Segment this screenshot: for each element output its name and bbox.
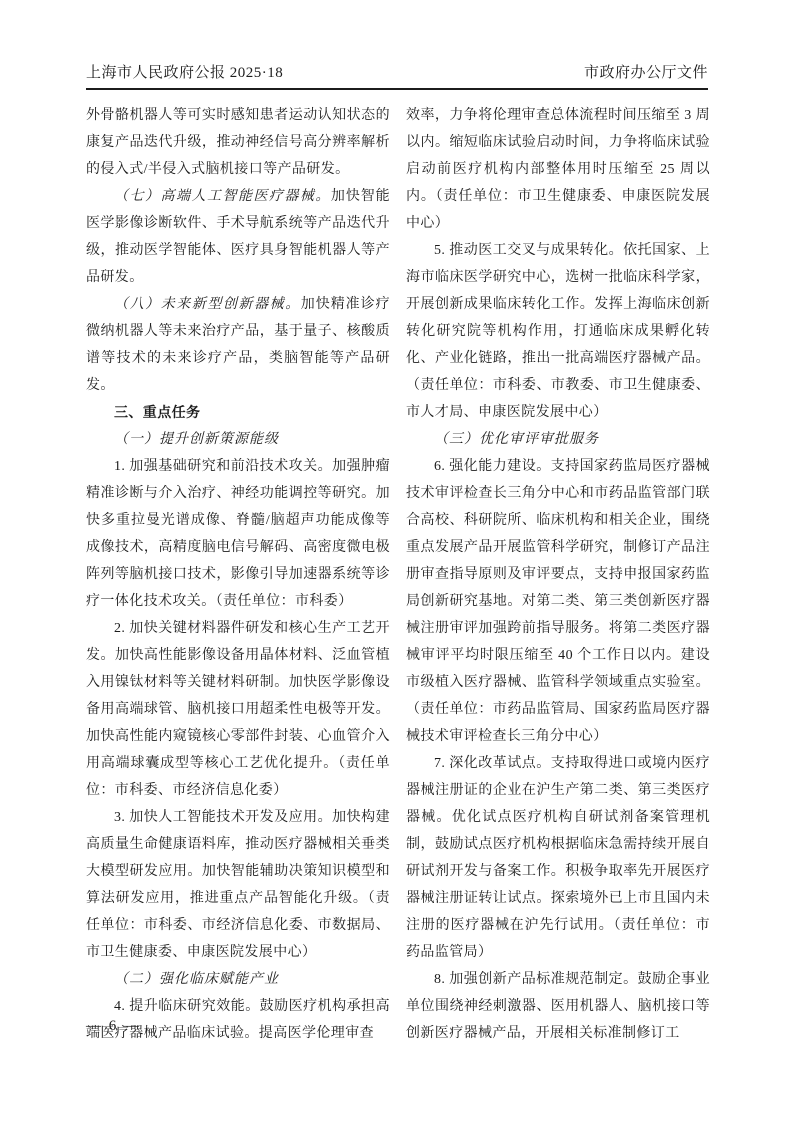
paragraph: 6. 强化能力建设。支持国家药监局医疗器械技术审评检查长三角分中心和市药品监管部… [406,453,710,750]
right-column: 效率，力争将伦理审查总体流程时间压缩至 3 周以内。缩短临床试验启动时间，力争将… [406,102,710,1047]
paragraph: （八）未来新型创新器械。加快精准诊疗微纳机器人等未来治疗产品，基于量子、核酸质谱… [86,291,390,399]
section-heading: （三）优化审评审批服务 [406,426,710,453]
paragraph-lead: （七）高端人工智能医疗器械。 [114,189,331,204]
page-number: — 6 — [86,1018,141,1035]
paragraph: 1. 加强基础研究和前沿技术攻关。加强肿瘤精准诊断与介入治疗、神经功能调控等研究… [86,453,390,615]
document-body: 外骨骼机器人等可实时感知患者运动认知状态的康复产品迭代升级，推动神经信号高分辨率… [86,102,710,1047]
paragraph: 3. 加快人工智能技术开发及应用。加快构建高质量生命健康语料库，推动医疗器械相关… [86,804,390,966]
paragraph: 效率，力争将伦理审查总体流程时间压缩至 3 周以内。缩短临床试验启动时间，力争将… [406,102,710,237]
section-heading: （二）强化临床赋能产业 [86,966,390,993]
left-column: 外骨骼机器人等可实时感知患者运动认知状态的康复产品迭代升级，推动神经信号高分辨率… [86,102,390,1047]
paragraph: 外骨骼机器人等可实时感知患者运动认知状态的康复产品迭代升级，推动神经信号高分辨率… [86,102,390,183]
section-heading: 三、重点任务 [86,399,390,426]
page-header: 上海市人民政府公报 2025·18 市政府办公厅文件 [86,60,708,90]
document-source: 市政府办公厅文件 [584,61,708,82]
gazette-page: 上海市人民政府公报 2025·18 市政府办公厅文件 外骨骼机器人等可实时感知患… [0,0,793,1122]
paragraph-lead: （八）未来新型创新器械。 [114,297,301,312]
paragraph: 5. 推动医工交叉与成果转化。依托国家、上海市临床医学研究中心，选树一批临床科学… [406,237,710,426]
paragraph: 2. 加快关键材料器件研发和核心生产工艺开发。加快高性能影像设备用晶体材料、泛血… [86,615,390,804]
paragraph: 8. 加强创新产品标准规范制定。鼓励企事业单位围绕神经刺激器、医用机器人、脑机接… [406,966,710,1047]
paragraph: （七）高端人工智能医疗器械。加快智能医学影像诊断软件、手术导航系统等产品迭代升级… [86,183,390,291]
paragraph: 7. 深化改革试点。支持取得进口或境内医疗器械注册证的企业在沪生产第二类、第三类… [406,750,710,966]
section-heading: （一）提升创新策源能级 [86,426,390,453]
gazette-title: 上海市人民政府公报 2025·18 [86,61,283,82]
